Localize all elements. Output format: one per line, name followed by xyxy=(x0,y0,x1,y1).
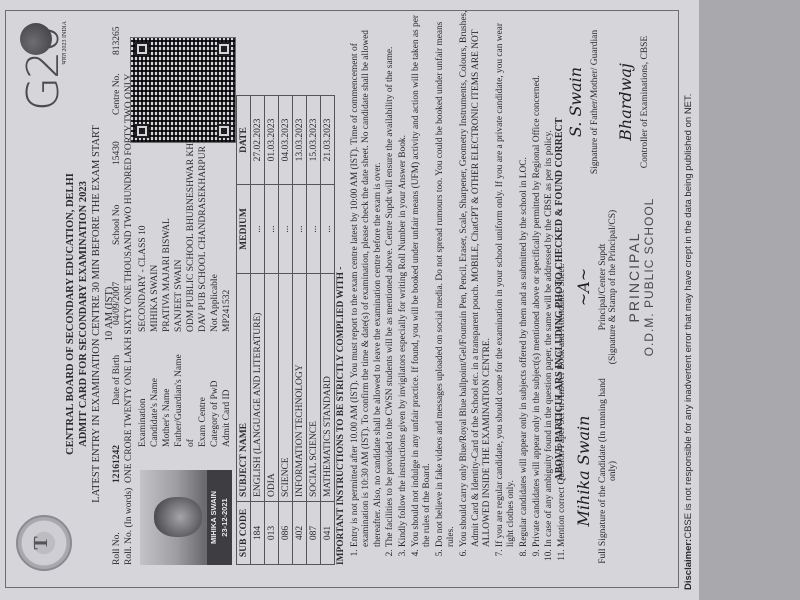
detail-value: MIHIKA SWAIN xyxy=(150,265,162,332)
instruction-item: Do not believe in fake videos and messag… xyxy=(435,9,458,547)
board-name: CENTRAL BOARD OF SECONDARY EDUCATION, DE… xyxy=(64,121,77,507)
sub-code-cell: 086 xyxy=(279,502,293,565)
school-stamp: PRINCIPAL O.D.M. PUBLIC SCHOOL xyxy=(626,197,656,357)
detail-value: SECONDARY - CLASS 10 xyxy=(138,225,150,332)
instructions: IMPORTANT INSTRUCTIONS TO BE STRICTLY CO… xyxy=(336,9,569,565)
instructions-list: Entry is not permitted after 10.00 AM (I… xyxy=(350,9,569,565)
medium-cell: ... xyxy=(293,185,307,274)
instruction-item: Private candidates will appear only in t… xyxy=(532,9,544,547)
admit-card: G20 भारत 2023 INDIA CENTRAL BOARD OF SEC… xyxy=(0,0,699,600)
date-cell: 15.03.2023 xyxy=(307,96,321,185)
table-row: 013 ODIA ... 01.03.2023 xyxy=(265,96,279,565)
controller-label: Controller of Examinations, CBSE xyxy=(640,17,650,187)
detail-value: MP241532 xyxy=(222,290,234,332)
school-no-label: School No xyxy=(112,205,122,245)
medium-cell: ... xyxy=(251,185,265,274)
dob-value: 04/09/2007 xyxy=(112,282,122,325)
document-photo: G20 भारत 2023 INDIA CENTRAL BOARD OF SEC… xyxy=(0,0,800,600)
table-row: 402 INFORMATION TECHNOLOGY ... 13.03.202… xyxy=(293,96,307,565)
detail-label: Mother's Name xyxy=(162,389,174,447)
controller-signature: Bhardwaj xyxy=(616,17,640,187)
disclaimer: Disclaimer:CBSE is not responsible for a… xyxy=(683,94,694,590)
medium-cell: ... xyxy=(307,185,321,274)
instructions-title: IMPORTANT INSTRUCTIONS TO BE STRICTLY CO… xyxy=(336,9,348,565)
roll-words-label: Roll. No. (In words) xyxy=(124,488,134,565)
date-cell: 27.02.2023 xyxy=(251,96,265,185)
subject-name-cell: MATHEMATICS STANDARD xyxy=(321,274,335,502)
qr-finder-pattern xyxy=(217,42,231,56)
roll-no-label: Roll No. xyxy=(112,532,122,565)
detail-value: PRATIVA MAJARI BISWAL xyxy=(162,218,174,332)
stamp-school: O.D.M. PUBLIC SCHOOL xyxy=(642,197,656,357)
principal-signature-block: ~A~ Principal/Center Supdt (Signature & … xyxy=(574,187,618,387)
instruction-item: Kindly follow the instructions given by … xyxy=(398,9,410,547)
instruction-item: If you are regular candidate, you should… xyxy=(495,9,518,547)
table-row: 184 ENGLISH (LANGUAGE AND LITERATURE) ..… xyxy=(251,96,265,565)
principal-label: Principal/Center Supdt xyxy=(598,187,608,387)
col-subject-name: SUBJECT NAME xyxy=(237,274,251,502)
g20-logo-subtext: भारत 2023 INDIA xyxy=(60,21,68,65)
date-cell: 21.03.2023 xyxy=(321,96,335,185)
instruction-item: Entry is not permitted after 10.00 AM (I… xyxy=(350,9,385,547)
medium-cell: ... xyxy=(279,185,293,274)
sub-code-cell: 087 xyxy=(307,502,321,565)
detail-label: Exam Centre xyxy=(198,397,210,447)
col-medium: MEDIUM xyxy=(237,185,251,274)
instruction-item: Regular candidates will appear only in s… xyxy=(519,9,531,547)
parent-signature-label: Signature of Father/Mother/ Guardian xyxy=(590,17,600,187)
detail-label: Father/Guardian's Name xyxy=(174,354,186,447)
qr-finder-pattern xyxy=(135,42,149,56)
parent-signature-block: S. Swain Signature of Father/Mother/ Gua… xyxy=(566,17,600,187)
detail-label: Admit Card ID xyxy=(222,389,234,447)
sub-code-cell: 013 xyxy=(265,502,279,565)
subject-name-cell: SCIENCE xyxy=(279,274,293,502)
g20-logo: G20 भारत 2023 INDIA xyxy=(14,21,74,111)
controller-signature-block: Bhardwaj Controller of Examinations, CBS… xyxy=(616,17,650,187)
stamp-principal: PRINCIPAL xyxy=(626,197,642,357)
detail-value: SANJEET SWAIN xyxy=(174,260,186,332)
dob-label: Date of Birth xyxy=(112,355,122,405)
sub-code-cell: 402 xyxy=(293,502,307,565)
table-row: 087 SOCIAL SCIENCE ... 15.03.2023 xyxy=(307,96,321,565)
detail-label: of xyxy=(186,439,198,447)
particulars-checked-note: ABOVE PARTICULARS INCLUDING PHOTO CHECKE… xyxy=(554,11,565,587)
detail-label: Category of PwD xyxy=(210,381,222,448)
centre-no-label: Centre No. xyxy=(112,73,122,115)
candidate-signature-block: Mihika Swain Full Signature of the Candi… xyxy=(574,371,618,571)
date-cell: 13.03.2023 xyxy=(293,96,307,185)
card-border: G20 भारत 2023 INDIA CENTRAL BOARD OF SEC… xyxy=(5,10,679,588)
photo-caption-date: 23-12-2021 xyxy=(219,470,230,565)
medium-cell: ... xyxy=(321,185,335,274)
candidate-signature: Mihika Swain xyxy=(574,371,598,571)
instruction-item: You should not indulge in any unfair pra… xyxy=(411,9,434,547)
sub-code-cell: 184 xyxy=(251,502,265,565)
subject-name-cell: ENGLISH (LANGUAGE AND LITERATURE) xyxy=(251,274,265,502)
cbse-emblem-icon xyxy=(16,515,72,571)
detail-label: Examination xyxy=(138,398,150,447)
qr-code xyxy=(130,37,236,143)
photo-caption-name: MIHIKA SWAIN xyxy=(208,470,219,565)
subject-name-cell: SOCIAL SCIENCE xyxy=(307,274,321,502)
disclaimer-prefix: Disclaimer: xyxy=(683,539,694,590)
qr-finder-pattern xyxy=(217,124,231,138)
qr-finder-pattern xyxy=(135,124,149,138)
col-sub-code: SUB CODE xyxy=(237,502,251,565)
table-row: 041 MATHEMATICS STANDARD ... 21.03.2023 xyxy=(321,96,335,565)
globe-icon xyxy=(20,23,52,55)
table-row: 086 SCIENCE ... 04.03.2023 xyxy=(279,96,293,565)
table-header-row: SUB CODE SUBJECT NAME MEDIUM DATE xyxy=(237,96,251,565)
photo-caption: MIHIKA SWAIN 23-12-2021 xyxy=(207,470,232,565)
roll-no-value: 12161242 xyxy=(112,445,122,483)
subject-name-cell: INFORMATION TECHNOLOGY xyxy=(293,274,307,502)
principal-stamp-label: (Signature & Stamp of the Principal/CS) xyxy=(608,187,618,387)
principal-signature: ~A~ xyxy=(574,187,598,387)
instruction-item: The facilities to be provided to the CWS… xyxy=(385,9,397,547)
candidate-photo: MIHIKA SWAIN 23-12-2021 xyxy=(140,470,232,565)
school-no-value: 15430 xyxy=(112,141,122,165)
subjects-table: SUB CODE SUBJECT NAME MEDIUM DATE 184 EN… xyxy=(236,95,335,565)
card-title: ADMIT CARD FOR SECONDARY EXAMINATION 202… xyxy=(77,121,90,507)
sub-code-cell: 041 xyxy=(321,502,335,565)
disclaimer-text: CBSE is not responsible for any inadvert… xyxy=(683,94,694,539)
centre-no-value: 813265 xyxy=(112,27,122,56)
detail-value: Not Applicable xyxy=(210,274,222,332)
medium-cell: ... xyxy=(265,185,279,274)
date-cell: 04.03.2023 xyxy=(279,96,293,185)
col-date: DATE xyxy=(237,96,251,185)
instruction-item: You should carry only Blue/Royal Blue ba… xyxy=(459,9,494,547)
parent-signature: S. Swain xyxy=(566,17,590,187)
subject-name-cell: ODIA xyxy=(265,274,279,502)
detail-label: Candidate's Name xyxy=(150,378,162,447)
candidate-face xyxy=(154,497,202,537)
card-header: CENTRAL BOARD OF SECONDARY EDUCATION, DE… xyxy=(64,121,116,507)
candidate-signature-label: Full Signature of the Candidate (In runn… xyxy=(598,371,618,571)
date-cell: 01.03.2023 xyxy=(265,96,279,185)
